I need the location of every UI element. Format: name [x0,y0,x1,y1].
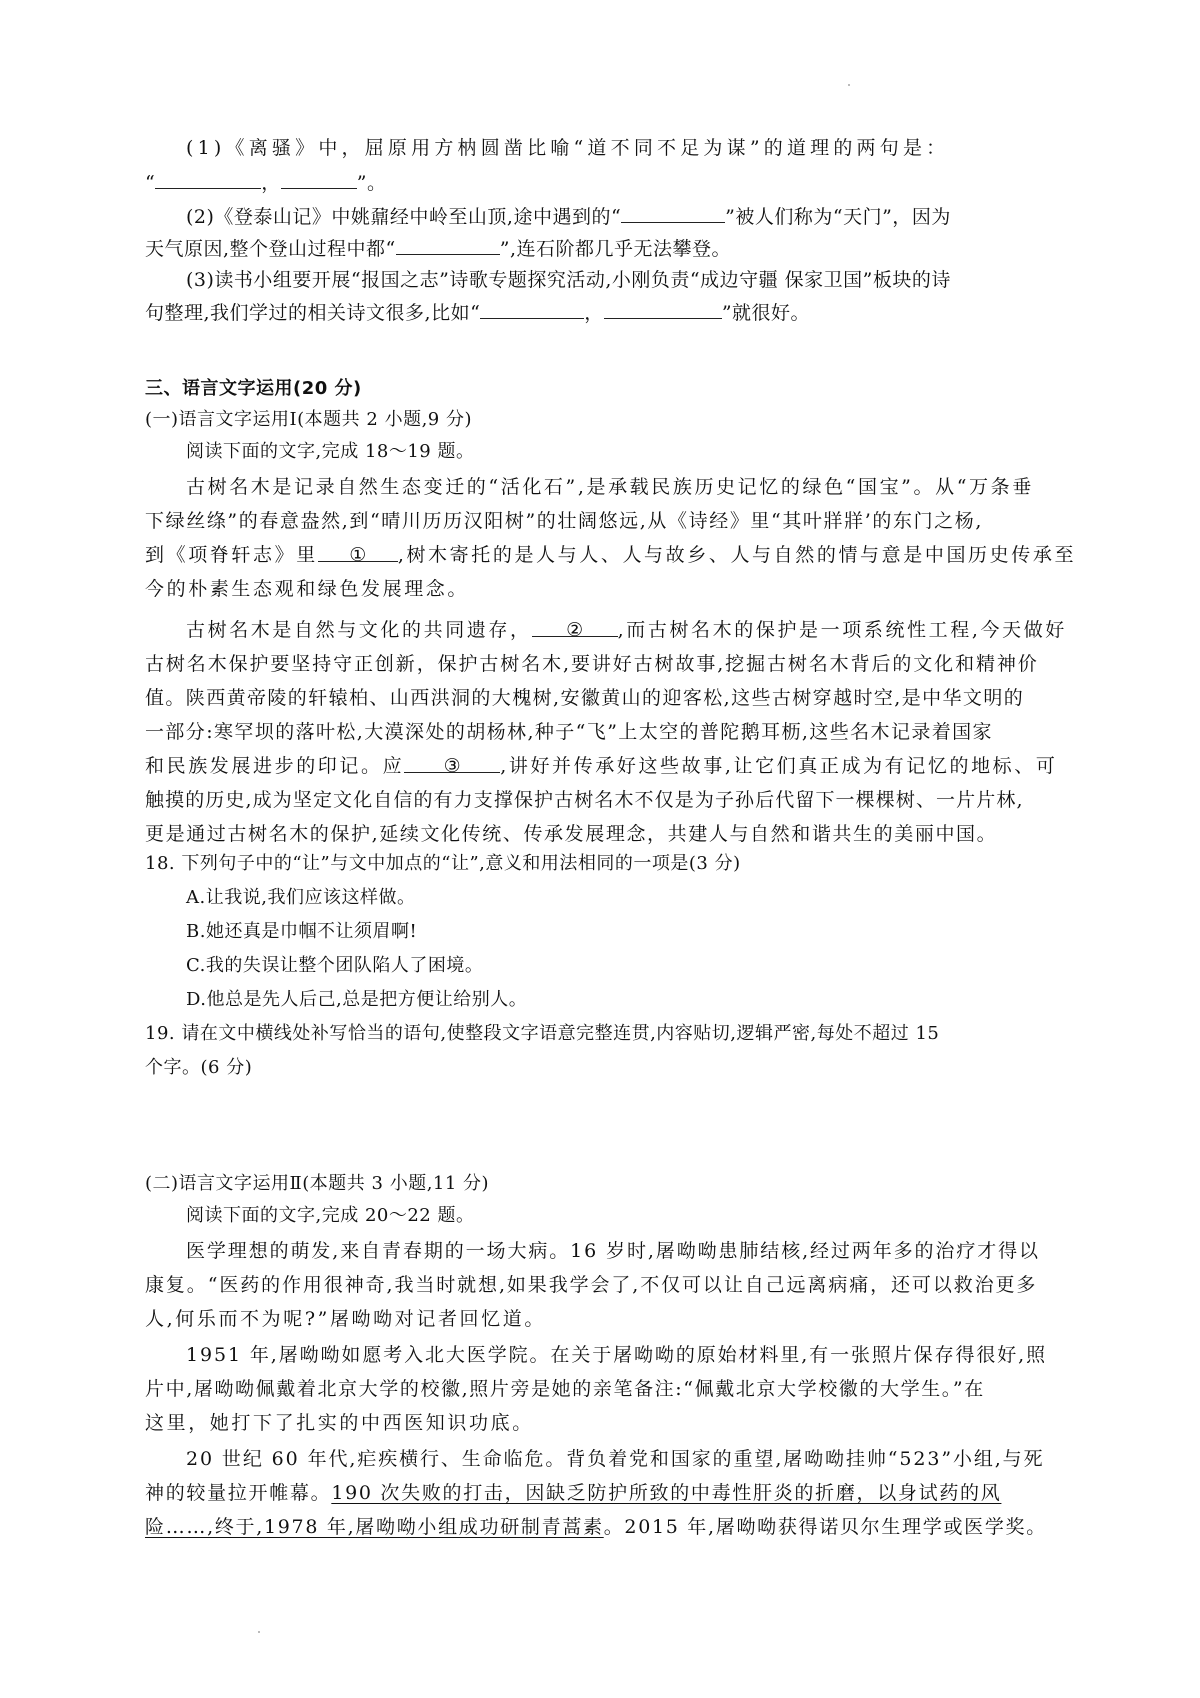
passage5-line: 险……,终于,1978 年,屠呦呦小组成功研制青蒿素。2015 年,屠呦呦获得诺… [145,1515,1065,1539]
passage4-line: 片中,屠呦呦佩戴着北京大学的校徽,照片旁是她的亲笔备注:“佩戴北京大学校徽的大学… [145,1377,1065,1401]
q18-option-a[interactable]: A.让我说,我们应该这样做。 [186,886,1106,910]
q1-close: ”。 [357,172,387,194]
passage2-line: 古树名木是自然与文化的共同遗存，②,而古树名木的保护是一项系统性工程,今天做好 [186,618,1106,642]
passage3-line: 医学理想的萌发,来自青春期的一场大病。16 岁时,屠呦呦患肺结核,经过两年多的治… [186,1239,1106,1263]
part1-title: (一)语言文字运用Ⅰ(本题共 2 小题,9 分) [145,408,1065,432]
part2-title: (二)语言文字运用Ⅱ(本题共 3 小题,11 分) [145,1172,1065,1196]
q2-line1: (2)《登泰山记》中姚鼐经中岭至山顶,途中遇到的“”被人们称为“天门”，因为 [186,204,1106,229]
passage-text: 神的较量拉开帷幕。 [145,1482,331,1504]
q1-open-quote: “ [145,172,155,194]
q3-blank-1[interactable] [480,300,584,319]
q2-blank-2[interactable] [396,236,500,255]
passage2-line: 古树名木保护要坚持守正创新，保护古树名木,要讲好古树故事,挖掘古树名木背后的文化… [145,652,1065,676]
part1-instruction: 阅读下面的文字,完成 18～19 题。 [186,440,1106,464]
passage2-line: 值。陕西黄帝陵的轩辕柏、山西洪洞的大槐树,安徽黄山的迎客松,这些古树穿越时空,是… [145,686,1065,710]
q3-blank-2[interactable] [604,300,722,319]
q19-stem-line2: 个字。(6 分) [145,1056,1065,1080]
underlined-text: 190 次失败的打击，因缺乏防护所致的中毒性肝炎的折磨，以身试药的风 [331,1482,1001,1504]
q2-text-b: ”被人们称为“天门”，因为 [725,206,951,228]
section-three-title: 三、语言文字运用(20 分) [145,377,1065,401]
q1-line2: “，”。 [145,170,1065,195]
blank-1[interactable]: ① [318,543,398,562]
passage2-line: 触摸的历史,成为坚定文化自信的有力支撑保护古树名木不仅是为子孙后代留下一棵棵树、… [145,788,1065,812]
q1-blank-1[interactable] [155,170,261,189]
passage2-line: 和民族发展进步的印记。应③,讲好并传承好这些故事,让它们真正成为有记忆的地标、可 [145,754,1065,778]
q19-stem-line1: 19. 请在文中横线处补写恰当的语句,使整段文字语意完整连贯,内容贴切,逻辑严密… [145,1022,1065,1046]
part2-instruction: 阅读下面的文字,完成 20～22 题。 [186,1204,1106,1228]
q18-option-d[interactable]: D.他总是先人后己,总是把方便让给别人。 [186,988,1106,1012]
q2-text-c: 天气原因,整个登山过程中都“ [145,238,396,260]
exam-page: (1)《离骚》中，屈原用方枘圆凿比喻“道不同不足为谋”的道理的两句是： “，”。… [0,0,1200,1698]
passage-text: 古树名木是自然与文化的共同遗存， [186,619,532,641]
blank-2[interactable]: ② [532,618,618,637]
passage-text: ,讲好并传承好这些故事,让它们真正成为有记忆的地标、可 [500,755,1057,777]
q1-blank-2[interactable] [281,170,357,189]
passage-text: 到《项脊轩志》里 [145,544,318,566]
blank-3[interactable]: ③ [404,754,500,773]
passage3-line: 人,何乐而不为呢?”屠呦呦对记者回忆道。 [145,1307,1065,1331]
scan-speck [848,84,850,86]
q1-sep: ， [261,172,281,194]
passage-text: ,树木寄托的是人与人、人与故乡、人与自然的情与意是中国历史传承至 [398,544,1076,566]
q2-text-a: (2)《登泰山记》中姚鼐经中岭至山顶,途中遇到的“ [186,206,621,228]
q18-stem: 18. 下列句子中的“让”与文中加点的“让”,意义和用法相同的一项是(3 分) [145,852,1065,876]
q18-option-b[interactable]: B.她还真是巾帼不让须眉啊! [186,920,1106,944]
passage5-line: 神的较量拉开帷幕。190 次失败的打击，因缺乏防护所致的中毒性肝炎的折磨，以身试… [145,1481,1065,1505]
q3-text-a: 句整理,我们学过的相关诗文很多,比如“ [145,302,480,324]
passage5-line: 20 世纪 60 年代,疟疾横行、生命临危。背负着党和国家的重望,屠呦呦挂帅“5… [186,1447,1106,1471]
passage4-line: 1951 年,屠呦呦如愿考入北大医学院。在关于屠呦呦的原始材料里,有一张照片保存… [186,1343,1106,1367]
passage1-line: 今的朴素生态观和绿色发展理念。 [145,577,1065,601]
q2-line2: 天气原因,整个登山过程中都“”,连石阶都几乎无法攀登。 [145,236,1065,261]
q3-sep: ， [584,302,604,324]
q3-text-b: ”就很好。 [722,302,810,324]
passage2-line: 更是通过古树名木的保护,延续文化传统、传承发展理念，共建人与自然和谐共生的美丽中… [145,822,1065,846]
q2-blank-1[interactable] [621,204,725,223]
passage1-line: 古树名木是记录自然生态变迁的“活化石”,是承载民族历史记忆的绿色“国宝”。从“万… [186,475,1106,499]
q18-option-c[interactable]: C.我的失误让整个团队陷人了困境。 [186,954,1106,978]
underlined-text: 险……,终于,1978 年,屠呦呦小组成功研制青蒿素 [145,1516,604,1538]
passage-text: 和民族发展进步的印记。应 [145,755,404,777]
passage2-line: 一部分:寒罕坝的落叶松,大漠深处的胡杨林,种子“飞”上太空的普陀鹅耳枥,这些名木… [145,720,1065,744]
passage1-line: 到《项脊轩志》里①,树木寄托的是人与人、人与故乡、人与自然的情与意是中国历史传承… [145,543,1065,567]
q3-line2: 句整理,我们学过的相关诗文很多,比如“，”就很好。 [145,300,1065,325]
passage1-line: 下绿丝绦”的春意盎然,到“晴川历历汉阳树”的壮阔悠远,从《诗经》里“其叶牂牂’的… [145,509,1065,533]
q2-text-d: ”,连石阶都几乎无法攀登。 [500,238,731,260]
passage-text: ,而古树名木的保护是一项系统性工程,今天做好 [618,619,1067,641]
passage3-line: 康复。“医药的作用很神奇,我当时就想,如果我学会了,不仅可以让自己远离病痛，还可… [145,1273,1065,1297]
passage4-line: 这里，她打下了扎实的中西医知识功底。 [145,1411,1065,1435]
q1-line1: (1)《离骚》中，屈原用方枘圆凿比喻“道不同不足为谋”的道理的两句是： [186,136,1106,160]
passage-text: 。2015 年,屠呦呦获得诺贝尔生理学或医学奖。 [604,1516,1047,1538]
q3-line1: (3)读书小组要开展“报国之志”诗歌专题探究活动,小刚负责“成边守疆 保家卫国”… [186,268,1106,292]
scan-speck [258,1631,260,1633]
